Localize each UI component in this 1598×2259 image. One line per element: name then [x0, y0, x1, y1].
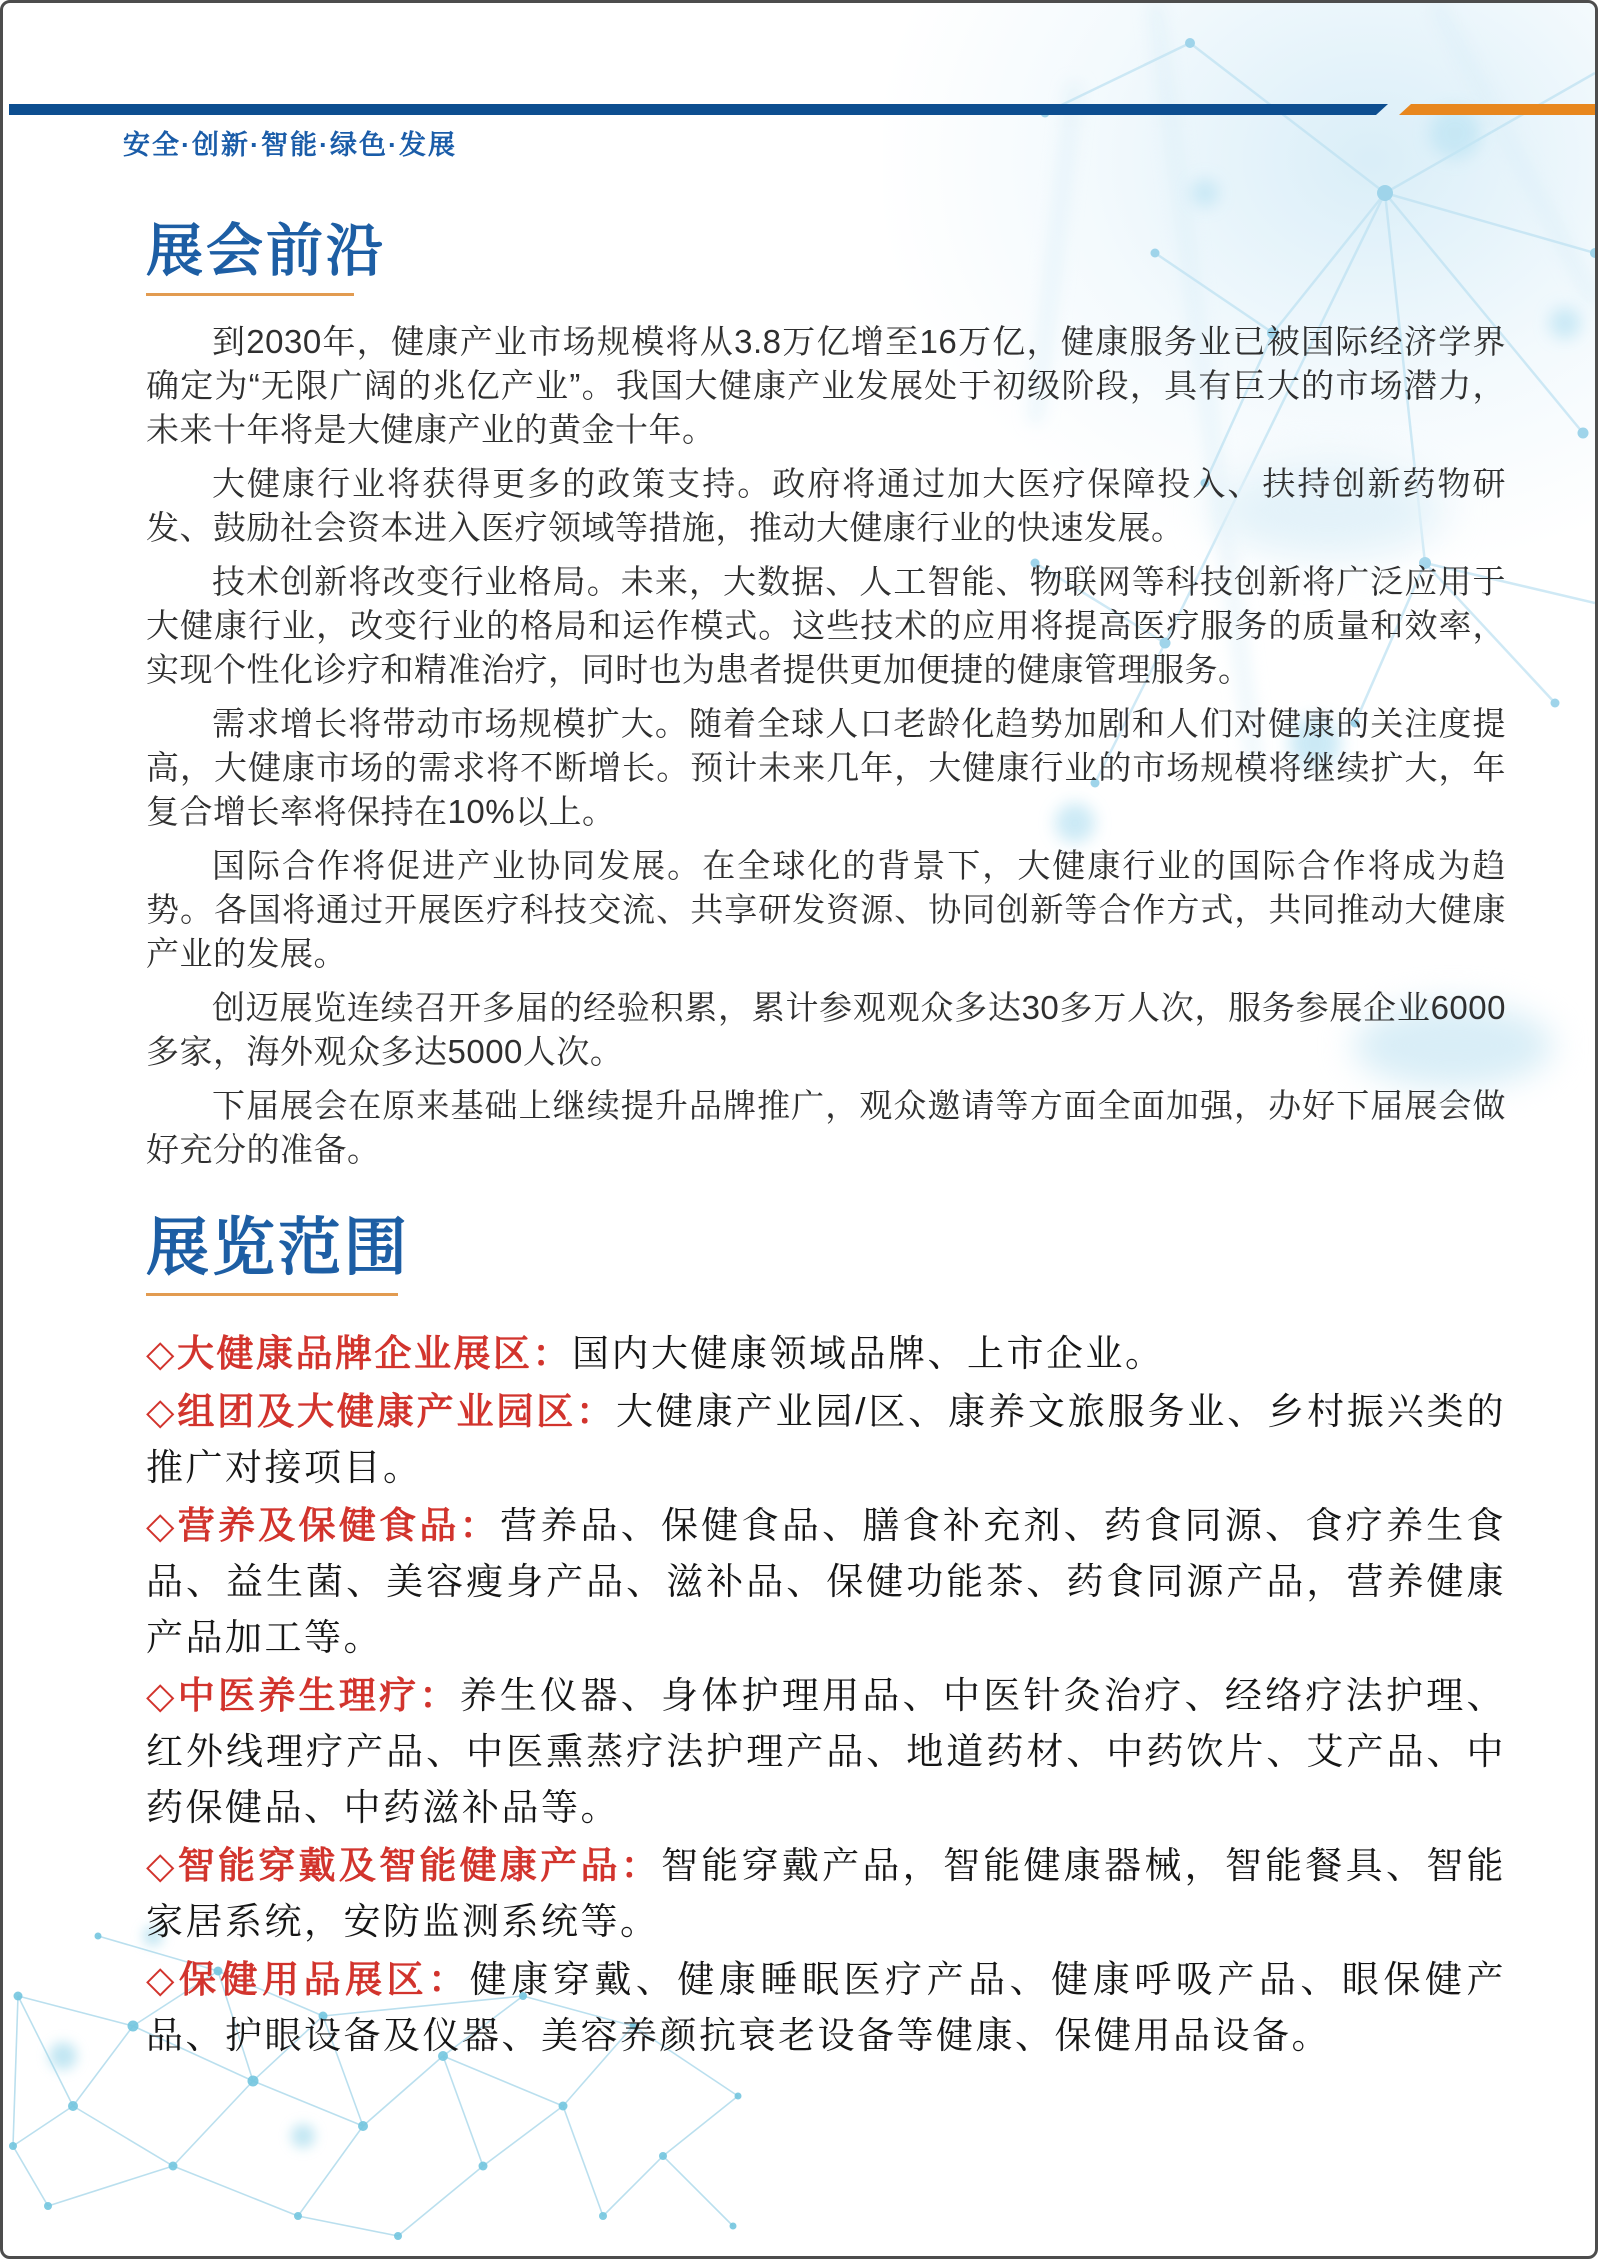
diamond-bullet-icon: ◇	[146, 1333, 177, 1374]
list-item: ◇智能穿戴及智能健康产品：智能穿戴产品，智能健康器械，智能餐具、智能家居系统，安…	[146, 1838, 1506, 1950]
list-item: ◇营养及保健食品：营养品、保健食品、膳食补充剂、药食同源、食疗养生食品、益生菌、…	[146, 1498, 1506, 1666]
diamond-bullet-icon: ◇	[146, 1959, 179, 2000]
section-front: 展会前沿	[146, 219, 1506, 296]
front-paragraphs: 到2030年，健康产业市场规模将从3.8万亿增至16万亿，健康服务业已被国际经济…	[146, 320, 1506, 1172]
front-paragraph: 国际合作将促进产业协同发展。在全球化的背景下，大健康行业的国际合作将成为趋势。各…	[146, 844, 1506, 976]
item-label: 保健用品展区：	[179, 1959, 470, 2000]
range-title-underline	[146, 1293, 398, 1296]
item-label: 智能穿戴及智能健康产品：	[178, 1845, 661, 1886]
list-item: ◇组团及大健康产业园区：大健康产业园/区、康养文旅服务业、乡村振兴类的推广对接项…	[146, 1384, 1506, 1496]
header-rule-blue-bar	[9, 104, 1388, 115]
front-paragraph: 需求增长将带动市场规模扩大。随着全球人口老龄化趋势加剧和人们对健康的关注度提高，…	[146, 702, 1506, 834]
diamond-bullet-icon: ◇	[146, 1675, 178, 1716]
range-section-title: 展览范围	[146, 1212, 1506, 1285]
exhibit-range-list: ◇大健康品牌企业展区：国内大健康领域品牌、上市企业。 ◇组团及大健康产业园区：大…	[146, 1326, 1506, 2064]
header-slogan: 安全·创新·智能·绿色·发展	[123, 123, 457, 162]
diamond-bullet-icon: ◇	[146, 1505, 178, 1546]
diamond-bullet-icon: ◇	[146, 1391, 177, 1432]
section-range: 展览范围	[146, 1212, 1506, 1296]
list-item: ◇保健用品展区：健康穿戴、健康睡眠医疗产品、健康呼吸产品、眼保健产品、护眼设备及…	[146, 1952, 1506, 2064]
item-label: 大健康品牌企业展区：	[177, 1333, 572, 1374]
diamond-bullet-icon: ◇	[146, 1845, 178, 1886]
front-paragraph: 下届展会在原来基础上继续提升品牌推广，观众邀请等方面全面加强，办好下届展会做好充…	[146, 1084, 1506, 1172]
brochure-page: 安全·创新·智能·绿色·发展 展会前沿 到2030年，健康产业市场规模将从3.8…	[0, 0, 1598, 2259]
content-column: 展会前沿 到2030年，健康产业市场规模将从3.8万亿增至16万亿，健康服务业已…	[146, 219, 1506, 2066]
header-rule	[9, 104, 1595, 115]
front-title-underline	[146, 293, 354, 296]
front-paragraph: 技术创新将改变行业格局。未来，大数据、人工智能、物联网等科技创新将广泛应用于大健…	[146, 560, 1506, 692]
list-item: ◇大健康品牌企业展区：国内大健康领域品牌、上市企业。	[146, 1326, 1506, 1382]
item-text: 国内大健康领域品牌、上市企业。	[572, 1333, 1165, 1374]
header-rule-orange-bar	[1399, 104, 1595, 115]
list-item: ◇中医养生理疗：养生仪器、身体护理用品、中医针灸治疗、经络疗法护理、红外线理疗产…	[146, 1668, 1506, 1836]
front-paragraph: 到2030年，健康产业市场规模将从3.8万亿增至16万亿，健康服务业已被国际经济…	[146, 320, 1506, 452]
item-label: 营养及保健食品：	[178, 1505, 500, 1546]
front-paragraph: 创迈展览连续召开多届的经验积累，累计参观观众多达30多万人次，服务参展企业600…	[146, 986, 1506, 1074]
item-label: 中医养生理疗：	[178, 1675, 460, 1716]
item-label: 组团及大健康产业园区：	[177, 1391, 616, 1432]
front-paragraph: 大健康行业将获得更多的政策支持。政府将通过加大医疗保障投入、扶持创新药物研发、鼓…	[146, 462, 1506, 550]
front-section-title: 展会前沿	[146, 219, 1506, 285]
